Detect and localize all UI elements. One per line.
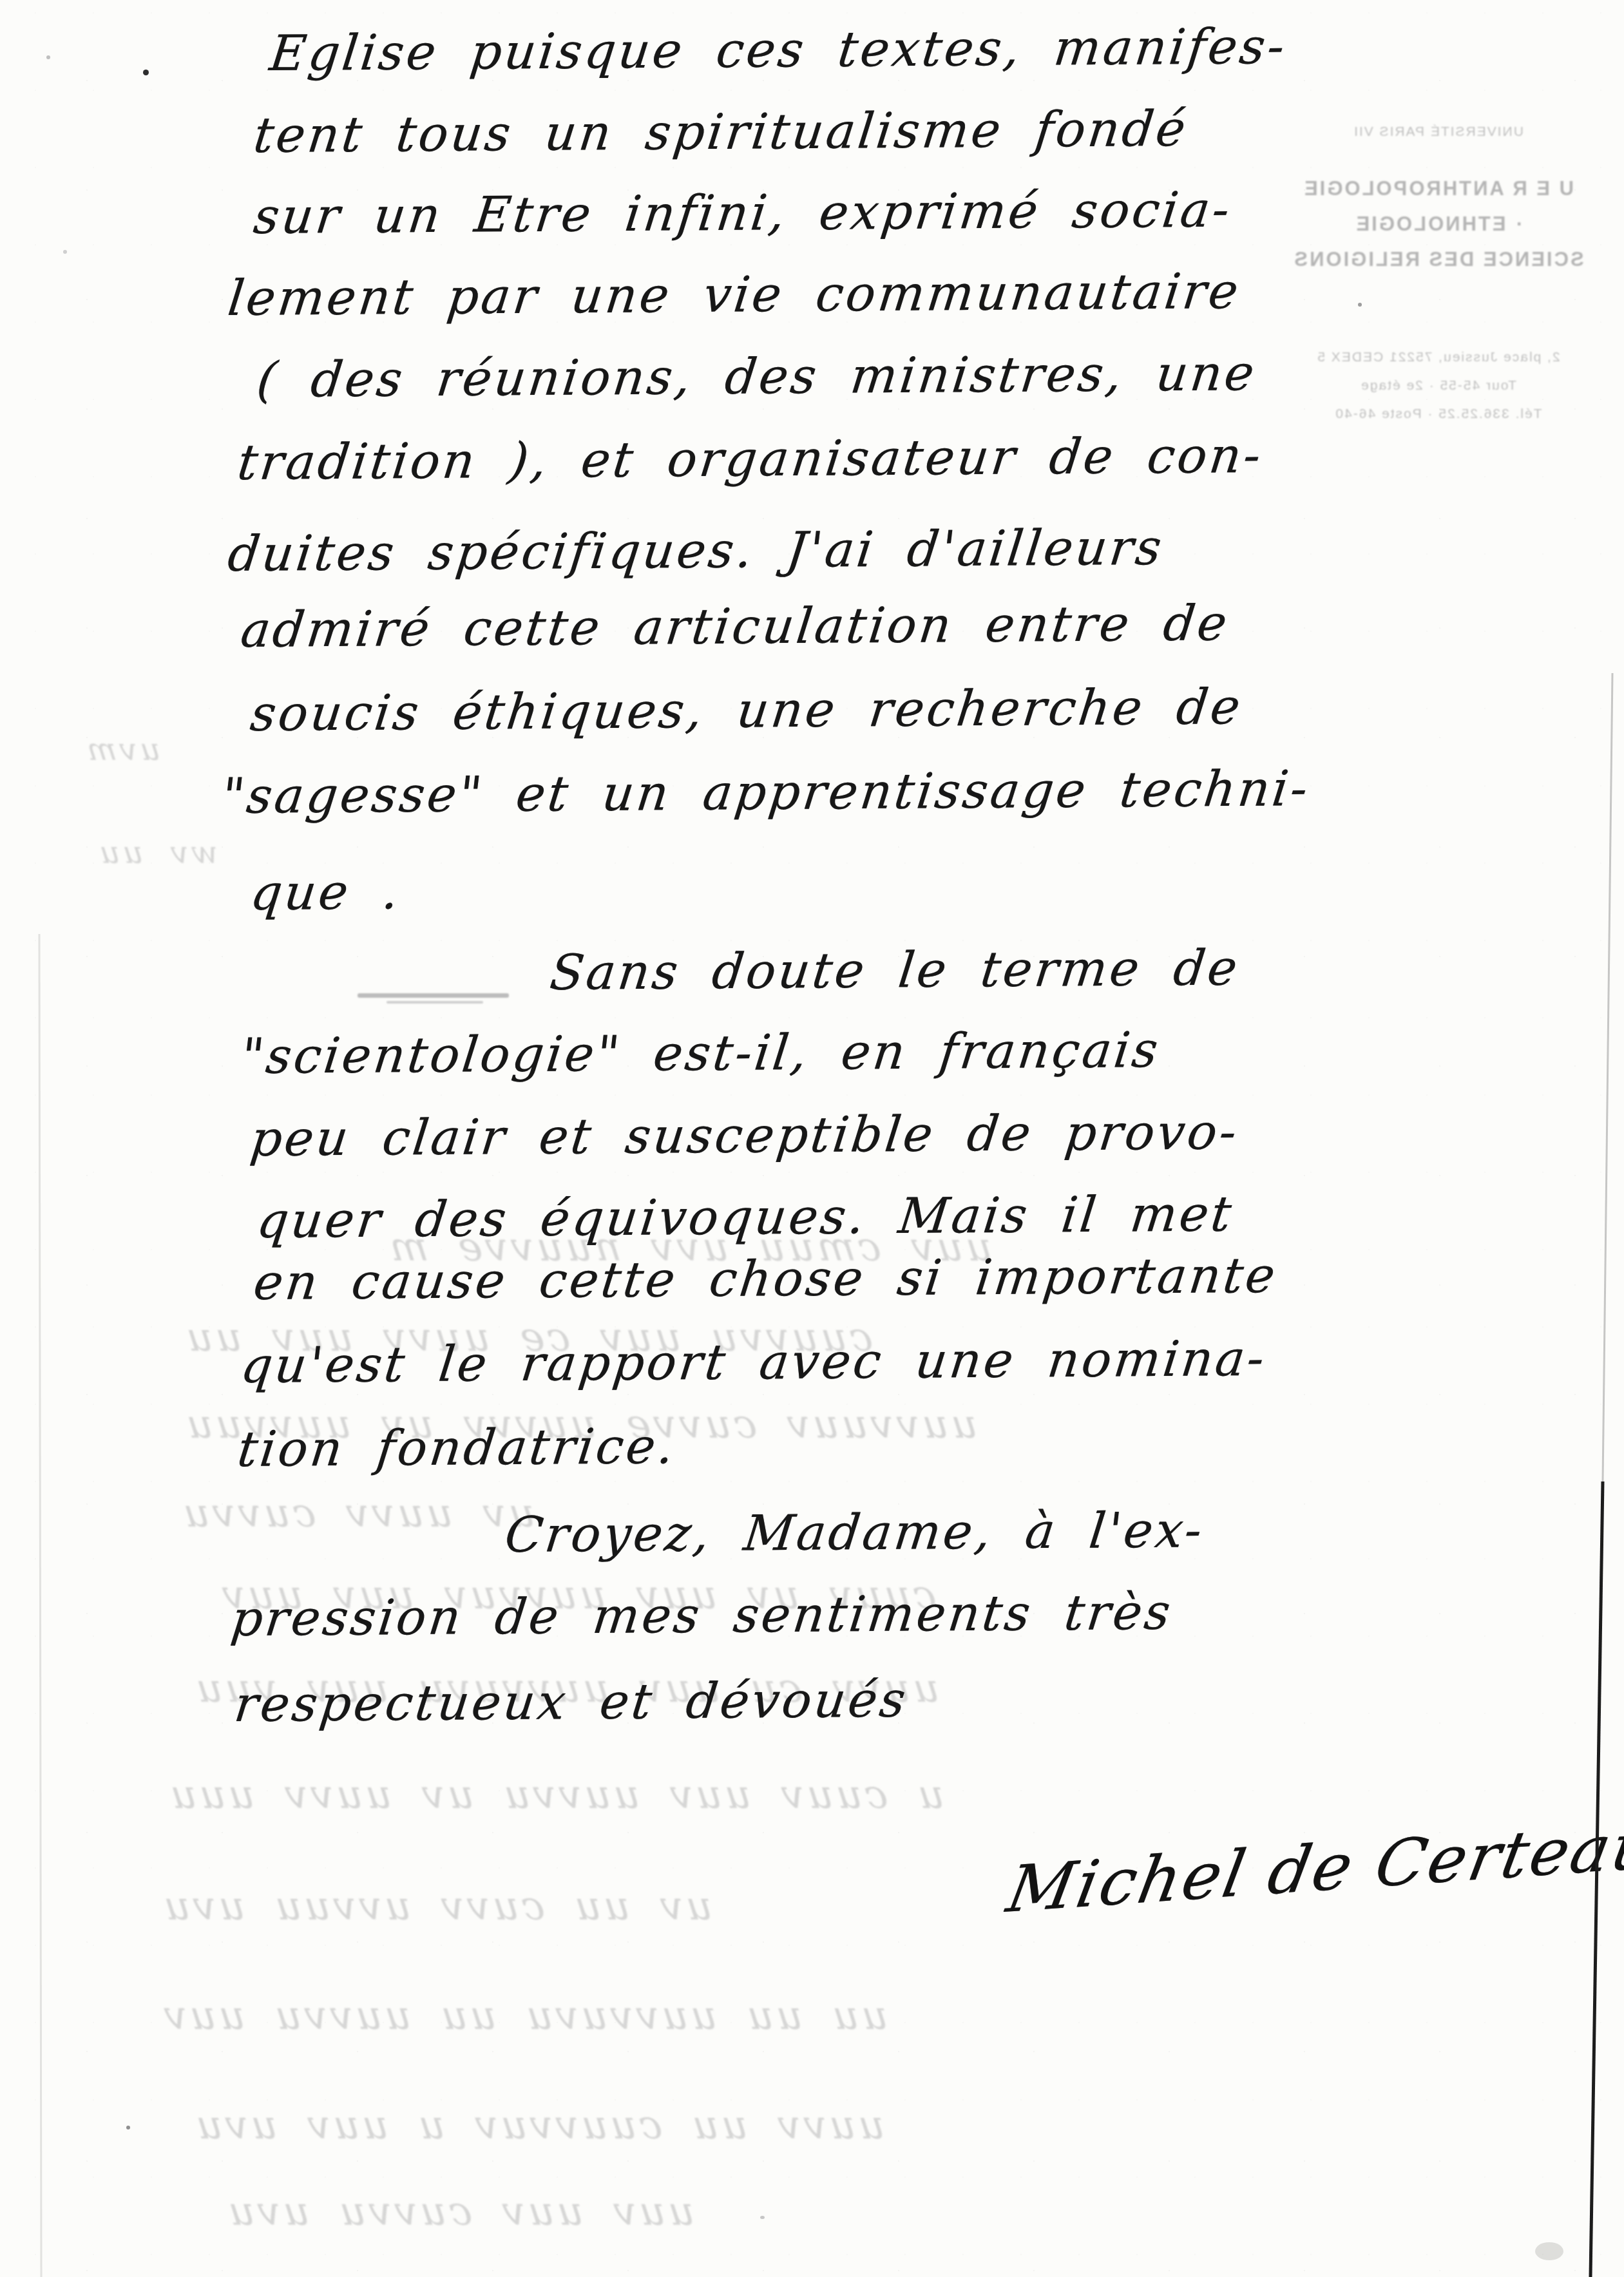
stamp-line: UNIVERSITÉ PARIS VII bbox=[1250, 124, 1624, 140]
handwriting-line: peu clair et susceptible de provo- bbox=[248, 1107, 1241, 1163]
pencil-dash bbox=[358, 993, 509, 998]
dust-speck bbox=[143, 70, 149, 75]
handwriting-line: pression de mes sentiments très bbox=[229, 1588, 1175, 1643]
handwriting-line: que . bbox=[248, 867, 404, 917]
bleedthrough-line: u cuuv uuv uuvvu uv uuvv uuu bbox=[165, 1775, 946, 1815]
handwriting-line: tradition ), et organisateur de con- bbox=[235, 431, 1266, 487]
edge-smudge bbox=[1535, 2242, 1563, 2260]
handwriting-line: qu'est le rapport avec une nomina- bbox=[238, 1334, 1269, 1390]
dust-speck bbox=[126, 2126, 130, 2129]
stamp-line: Tél. 336.25.25 · Poste 46-40 bbox=[1250, 406, 1624, 422]
stamp-line: Tour 45-55 · 2e étage bbox=[1250, 378, 1624, 394]
stamp-line: SCIENCE DES RELIGIONS bbox=[1250, 248, 1624, 271]
handwriting-line: duites spécifiques. J'ai d'ailleurs bbox=[225, 523, 1167, 578]
bleedthrough-line: uuv uuv cuvvu uvu bbox=[223, 2191, 696, 2231]
handwriting-line: admiré cette articulation entre de bbox=[238, 598, 1232, 654]
handwriting-line: "scientologie" est-il, en français bbox=[238, 1025, 1163, 1081]
page-edge-line-upper bbox=[1603, 673, 1612, 1481]
signature: Michel de Certeau bbox=[1002, 1807, 1624, 1927]
handwriting-line: lement par une vie communautaire bbox=[225, 267, 1243, 323]
bleedthrough-line: uv uuvv cuvvu bbox=[178, 1493, 537, 1533]
stamp-line: 2, place Jussieu, 75221 CEDEX 5 bbox=[1250, 350, 1624, 365]
handwriting-line: ( des réunions, des ministres, une bbox=[254, 348, 1259, 405]
bleedthrough-line: uuvv uu cuuvvuv u uuv uvu bbox=[191, 2105, 886, 2145]
left-fold-line bbox=[39, 934, 41, 2277]
handwriting-line: respectueux et dévoués bbox=[232, 1675, 911, 1729]
bleedthrough-line: wv uu bbox=[95, 837, 220, 868]
handwriting-line: quer des équivoques. Mais il met bbox=[254, 1189, 1236, 1245]
handwriting-line: en cause cette chose si importante bbox=[251, 1251, 1280, 1307]
letter-page: UNIVERSITÉ PARIS VII U E R ANTHROPOLOGIE… bbox=[0, 0, 1624, 2277]
stamp-line: U E R ANTHROPOLOGIE bbox=[1250, 177, 1624, 200]
letterhead-stamp-ghost: UNIVERSITÉ PARIS VII U E R ANTHROPOLOGIE… bbox=[1250, 106, 1624, 441]
bleedthrough-line: uu uu uuvvuvu uu uuvvu uuv bbox=[158, 1996, 890, 2035]
bleedthrough-line: uv uu cuvv uvvuu uvu bbox=[158, 1886, 714, 1926]
dust-speck bbox=[63, 250, 67, 254]
handwriting-line: Sans doute le terme de bbox=[548, 944, 1242, 997]
stamp-line: · ETHNOLOGIE bbox=[1250, 213, 1624, 236]
handwriting-line: tent tous un spiritualisme fondé bbox=[251, 104, 1190, 160]
handwriting-line: "sagesse" et un apprentissage techni- bbox=[219, 764, 1313, 821]
handwriting-line: tion fondatrice. bbox=[235, 1422, 679, 1474]
pencil-dash bbox=[387, 1001, 483, 1004]
dust-speck bbox=[46, 55, 50, 59]
handwriting-line: Eglise puisque ces textes, manifes- bbox=[267, 22, 1290, 78]
handwriting-line: sur un Etre infini, exprimé socia- bbox=[251, 185, 1234, 241]
bleedthrough-line: uvm bbox=[82, 734, 162, 765]
handwriting-line: Croyez, Madame, à l'ex- bbox=[502, 1505, 1207, 1559]
dust-speck bbox=[760, 2216, 765, 2219]
dust-speck bbox=[1358, 303, 1362, 307]
handwriting-line: soucis éthiques, une recherche de bbox=[248, 682, 1245, 738]
